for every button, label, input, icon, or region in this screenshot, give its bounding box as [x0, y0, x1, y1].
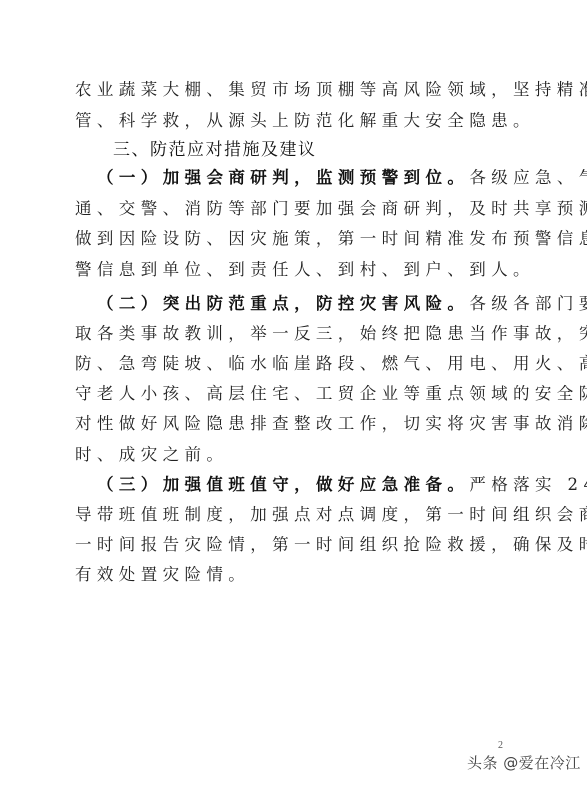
intro-line-1: 农业蔬菜大棚、集贸市场顶棚等高风险领域，坚持精准防、严格 [75, 75, 525, 105]
document-page: 农业蔬菜大棚、集贸市场顶棚等高风险领域，坚持精准防、严格 管、科学救，从源头上防… [0, 0, 587, 787]
item-2-line: 对性做好风险隐患排查整改工作，切实将灾害事故消除在萌灾之 [75, 409, 525, 439]
item-3-line: 有效处置灾险情。 [75, 560, 525, 590]
item-2-line: 防、急弯陡坡、临水临崖路段、燃气、用电、用火、高寒山区留 [75, 349, 525, 379]
item-2-title: （二）突出防范重点，防控灾害风险。 [97, 294, 469, 313]
item-1-line: 通、交警、消防等部门要加强会商研判，及时共享预测预报信息， [75, 194, 525, 224]
watermark: 头条 @爱在冷江 [467, 752, 581, 773]
item-2-first-line: （二）突出防范重点，防控灾害风险。各级各部门要深刻吸 [97, 289, 547, 319]
item-3-line: 导带班值班制度，加强点对点调度，第一时间组织会商研判，第 [75, 500, 525, 530]
item-2-line: 守老人小孩、高层住宅、工贸企业等重点领域的安全防范，有针 [75, 379, 525, 409]
item-3-first-line: （三）加强值班值守，做好应急准备。严格落实 24 小时领 [97, 470, 547, 500]
item-1-line: 警信息到单位、到责任人、到村、到户、到人。 [75, 255, 525, 285]
item-1-first-line: （一）加强会商研判，监测预警到位。各级应急、气象、交 [97, 163, 547, 193]
item-1-first-line-rest: 各级应急、气象、交 [469, 168, 587, 187]
item-3-first-line-rest: 严格落实 24 小时领 [469, 475, 587, 494]
item-2-first-line-rest: 各级各部门要深刻吸 [469, 294, 587, 313]
section-heading: 三、防范应对措施及建议 [113, 135, 563, 165]
intro-line-2: 管、科学救，从源头上防范化解重大安全隐患。 [75, 106, 525, 136]
item-3-title: （三）加强值班值守，做好应急准备。 [97, 475, 469, 494]
item-2-line: 时、成灾之前。 [75, 440, 525, 470]
item-2-line: 取各类事故教训，举一反三，始终把隐患当作事故，突出抓好消 [75, 319, 525, 349]
page-number: 2 [498, 740, 503, 751]
item-1-title: （一）加强会商研判，监测预警到位。 [97, 168, 469, 187]
item-3-line: 一时间报告灾险情，第一时间组织抢险救援，确保及时、科学、 [75, 530, 525, 560]
item-1-line: 做到因险设防、因灾施策，第一时间精准发布预警信息，做到预 [75, 224, 525, 254]
